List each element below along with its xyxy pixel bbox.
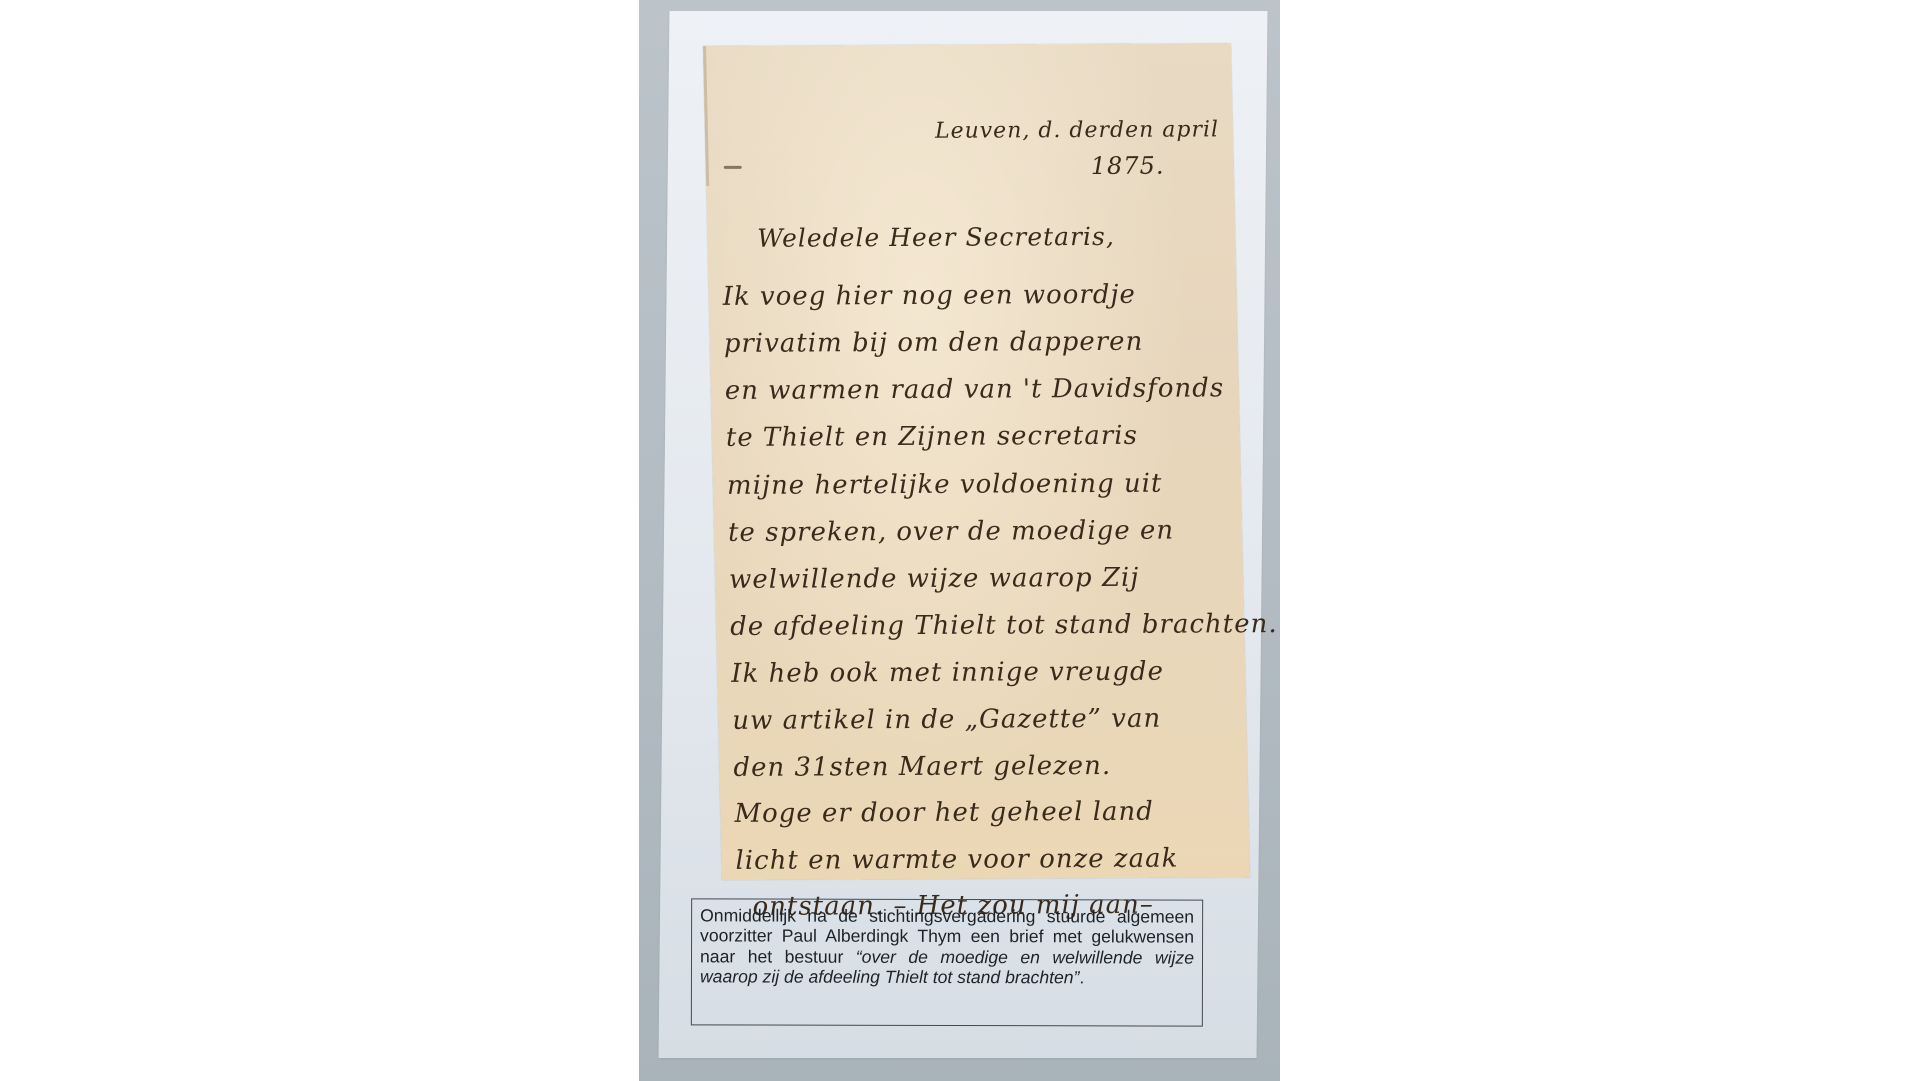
letter-line: de afdeeling Thielt tot stand brachten. [730,609,1278,642]
letter-line: den 31sten Maert gelezen. [733,751,1111,783]
letter-line: te Thielt en Zijnen secretaris [726,421,1139,453]
paper-mark [724,166,742,169]
letter-line: welwillende wijze waarop Zij [729,563,1140,595]
handwritten-letter: Leuven, d. derden april 1875. Weledele H… [703,43,1250,880]
letter-line: uw artikel in de „Gazette” van [732,704,1162,736]
caption-end: . [1079,968,1084,988]
letter-line: Ik voeg hier nog een woordje [722,280,1136,312]
letter-line: Ik heb ook met innige vreugde [731,657,1164,689]
letter-line: mijne hertelijke voldoening uit [727,469,1163,501]
caption-box: Onmiddellijk na de stichtingsvergadering… [691,898,1203,1026]
letter-dateline: Leuven, d. derden april [935,117,1220,143]
letter-line: Moge er door het geheel land [734,797,1154,829]
letter-salutation: Weledele Heer Secretaris, [757,222,1115,253]
letter-line: te spreken, over de moedige en [728,516,1175,548]
letter-line: privatim bij om den dapperen [723,327,1143,359]
letter-year: 1875. [1090,152,1164,180]
letter-line: en warmen raad van 't Davidsfonds [724,373,1224,406]
letter-line: licht en warmte voor onze zaak [735,844,1179,876]
